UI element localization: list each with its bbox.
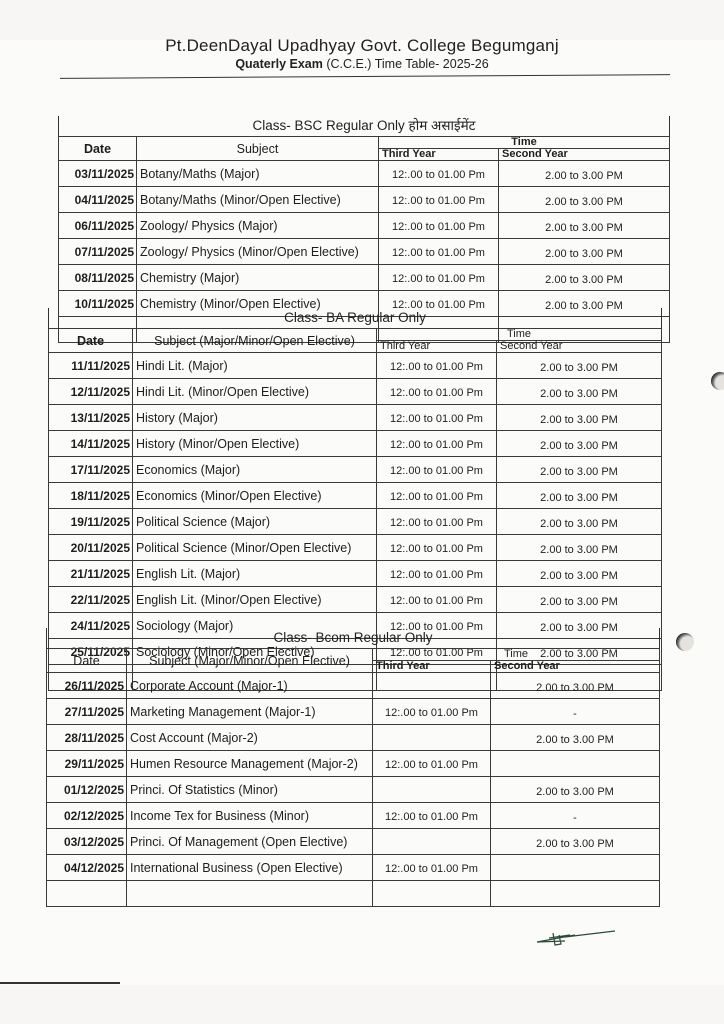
punch-hole-top: [711, 372, 724, 390]
row-date: 19/11/2025: [49, 509, 133, 535]
row-subject: English Lit. (Minor/Open Elective): [133, 587, 377, 613]
row-subject: Botany/Maths (Minor/Open Elective): [137, 187, 379, 213]
bsc-col-time: Time: [379, 137, 670, 149]
row-subject: History (Major): [133, 405, 377, 431]
table-row: 08/11/2025Chemistry (Major)12:.00 to 01.…: [59, 265, 670, 291]
row-second-year-time: 2.00 to 3.00 PM: [491, 725, 660, 751]
table-row: 17/11/2025Economics (Major)12:.00 to 01.…: [49, 457, 662, 483]
row-date: 04/12/2025: [47, 855, 127, 881]
row-date: 07/11/2025: [59, 239, 137, 265]
bcom-class-title: Class- Bcom Regular Only: [46, 628, 660, 648]
row-third-year-time: 12:.00 to 01.00 Pm: [379, 239, 499, 265]
row-third-year-time: 12:.00 to 01.00 Pm: [379, 213, 499, 239]
table-row: 22/11/2025English Lit. (Minor/Open Elect…: [49, 587, 662, 613]
row-third-year-time: 12:.00 to 01.00 Pm: [377, 483, 497, 509]
row-third-year-time: [373, 777, 491, 803]
row-third-year-time: 12:.00 to 01.00 Pm: [379, 161, 499, 187]
row-date: 18/11/2025: [49, 483, 133, 509]
table-row: 14/11/2025History (Minor/Open Elective)1…: [49, 431, 662, 457]
row-subject: Hindi Lit. (Minor/Open Elective): [133, 379, 377, 405]
ba-class-title: Class- BA Regular Only: [48, 308, 662, 328]
row-third-year-time: 12:.00 to 01.00 Pm: [377, 561, 497, 587]
signature-mark: [535, 925, 615, 955]
row-third-year-time: 12:.00 to 01.00 Pm: [377, 379, 497, 405]
row-subject: Zoology/ Physics (Minor/Open Elective): [137, 239, 379, 265]
table-row: 02/12/2025Income Tex for Business (Minor…: [47, 803, 660, 829]
row-date: 06/11/2025: [59, 213, 137, 239]
table-row: 06/11/2025Zoology/ Physics (Major)12:.00…: [59, 213, 670, 239]
row-third-year-time: 12:.00 to 01.00 Pm: [379, 265, 499, 291]
row-third-year-time: [373, 829, 491, 855]
exam-title: Quaterly Exam (C.C.E.) Time Table- 2025-…: [0, 57, 724, 71]
bsc-col-subject: Subject: [137, 137, 379, 161]
table-row: [47, 881, 660, 907]
row-subject: Zoology/ Physics (Major): [137, 213, 379, 239]
bsc-col-second-year: Second Year: [499, 149, 670, 161]
table-row: 13/11/2025History (Major)12:.00 to 01.00…: [49, 405, 662, 431]
row-subject: Corporate Account (Major-1): [127, 673, 373, 699]
row-subject: English Lit. (Major): [133, 561, 377, 587]
row-second-year-time: 2.00 to 3.00 PM: [497, 509, 662, 535]
bcom-col-third-year: Third Year: [373, 661, 491, 673]
row-subject: [127, 881, 373, 907]
table-row: 04/12/2025International Business (Open E…: [47, 855, 660, 881]
row-second-year-time: 2.00 to 3.00 PM: [497, 587, 662, 613]
table-row: 19/11/2025Political Science (Major)12:.0…: [49, 509, 662, 535]
table-row: 26/11/2025Corporate Account (Major-1)2.0…: [47, 673, 660, 699]
bsc-col-date: Date: [59, 137, 137, 161]
ba-col-date: Date: [49, 329, 133, 353]
row-subject: Political Science (Minor/Open Elective): [133, 535, 377, 561]
row-third-year-time: [373, 881, 491, 907]
punch-hole-bottom: [676, 633, 694, 651]
row-subject: Princi. Of Statistics (Minor): [127, 777, 373, 803]
row-second-year-time: 2.00 to 3.00 PM: [499, 239, 670, 265]
ba-col-third-year: Third Year: [377, 341, 497, 353]
bsc-col-third-year: Third Year: [379, 149, 499, 161]
row-second-year-time: 2.00 to 3.00 PM: [499, 187, 670, 213]
table-row: 04/11/2025Botany/Maths (Minor/Open Elect…: [59, 187, 670, 213]
row-third-year-time: 12:.00 to 01.00 Pm: [377, 353, 497, 379]
row-third-year-time: 12:.00 to 01.00 Pm: [373, 803, 491, 829]
row-third-year-time: 12:.00 to 01.00 Pm: [373, 855, 491, 881]
table-row: 03/11/2025Botany/Maths (Major)12:.00 to …: [59, 161, 670, 187]
row-third-year-time: [373, 725, 491, 751]
table-row: 27/11/2025Marketing Management (Major-1)…: [47, 699, 660, 725]
row-date: 12/11/2025: [49, 379, 133, 405]
row-date: 27/11/2025: [47, 699, 127, 725]
row-second-year-time: 2.00 to 3.00 PM: [497, 457, 662, 483]
bcom-section: Class- Bcom Regular Only Date Subject (M…: [46, 628, 660, 907]
row-date: 08/11/2025: [59, 265, 137, 291]
row-second-year-time: 2.00 to 3.00 PM: [499, 161, 670, 187]
row-second-year-time: 2.00 to 3.00 PM: [497, 379, 662, 405]
row-third-year-time: [373, 673, 491, 699]
row-date: 26/11/2025: [47, 673, 127, 699]
row-subject: International Business (Open Elective): [127, 855, 373, 881]
table-row: 21/11/2025English Lit. (Major)12:.00 to …: [49, 561, 662, 587]
bcom-col-date: Date: [47, 649, 127, 673]
bcom-col-second-year: Second Year: [491, 661, 660, 673]
row-third-year-time: 12:.00 to 01.00 Pm: [379, 187, 499, 213]
ba-col-time: Time: [377, 329, 662, 341]
row-third-year-time: 12:.00 to 01.00 Pm: [377, 535, 497, 561]
bcom-timetable: Date Subject (Major/Minor/Open Elective)…: [46, 648, 660, 907]
row-second-year-time: 2.00 to 3.00 PM: [497, 483, 662, 509]
row-second-year-time: 2.00 to 3.00 PM: [499, 265, 670, 291]
row-third-year-time: 12:.00 to 01.00 Pm: [377, 509, 497, 535]
row-third-year-time: 12:.00 to 01.00 Pm: [377, 431, 497, 457]
row-date: 22/11/2025: [49, 587, 133, 613]
bcom-col-subject: Subject (Major/Minor/Open Elective): [127, 649, 373, 673]
row-date: 11/11/2025: [49, 353, 133, 379]
row-third-year-time: 12:.00 to 01.00 Pm: [373, 699, 491, 725]
row-subject: Botany/Maths (Major): [137, 161, 379, 187]
table-row: 28/11/2025Cost Account (Major-2)2.00 to …: [47, 725, 660, 751]
table-row: 07/11/2025Zoology/ Physics (Minor/Open E…: [59, 239, 670, 265]
row-second-year-time: [491, 855, 660, 881]
row-subject: Cost Account (Major-2): [127, 725, 373, 751]
row-date: 14/11/2025: [49, 431, 133, 457]
row-second-year-time: 2.00 to 3.00 PM: [497, 561, 662, 587]
table-row: 18/11/2025Economics (Minor/Open Elective…: [49, 483, 662, 509]
row-second-year-time: 2.00 to 3.00 PM: [497, 405, 662, 431]
row-date: 28/11/2025: [47, 725, 127, 751]
row-date: [47, 881, 127, 907]
row-second-year-time: -: [491, 803, 660, 829]
row-second-year-time: 2.00 to 3.00 PM: [491, 673, 660, 699]
row-date: 21/11/2025: [49, 561, 133, 587]
college-name: Pt.DeenDayal Upadhyay Govt. College Begu…: [0, 36, 724, 56]
row-second-year-time: [491, 751, 660, 777]
row-subject: Income Tex for Business (Minor): [127, 803, 373, 829]
row-date: 03/12/2025: [47, 829, 127, 855]
ba-col-second-year: Second Year: [497, 341, 662, 353]
row-date: 04/11/2025: [59, 187, 137, 213]
row-date: 01/12/2025: [47, 777, 127, 803]
table-row: 03/12/2025Princi. Of Management (Open El…: [47, 829, 660, 855]
bsc-class-title: Class- BSC Regular Only होम असाईमेंट: [58, 116, 670, 136]
exam-title-bold: Quaterly Exam: [235, 57, 323, 71]
table-row: 20/11/2025Political Science (Minor/Open …: [49, 535, 662, 561]
row-date: 17/11/2025: [49, 457, 133, 483]
row-second-year-time: 2.00 to 3.00 PM: [497, 431, 662, 457]
row-third-year-time: 12:.00 to 01.00 Pm: [377, 457, 497, 483]
table-row: 11/11/2025Hindi Lit. (Major)12:.00 to 01…: [49, 353, 662, 379]
table-row: 12/11/2025Hindi Lit. (Minor/Open Electiv…: [49, 379, 662, 405]
row-subject: History (Minor/Open Elective): [133, 431, 377, 457]
row-subject: Economics (Major): [133, 457, 377, 483]
table-row: 01/12/2025Princi. Of Statistics (Minor)2…: [47, 777, 660, 803]
row-third-year-time: 12:.00 to 01.00 Pm: [377, 587, 497, 613]
row-second-year-time: 2.00 to 3.00 PM: [499, 213, 670, 239]
row-date: 29/11/2025: [47, 751, 127, 777]
row-second-year-time: [491, 881, 660, 907]
bcom-col-time: Time: [373, 649, 660, 661]
row-second-year-time: 2.00 to 3.00 PM: [497, 535, 662, 561]
row-third-year-time: 12:.00 to 01.00 Pm: [373, 751, 491, 777]
row-subject: Chemistry (Major): [137, 265, 379, 291]
row-date: 13/11/2025: [49, 405, 133, 431]
row-subject: Humen Resource Management (Major-2): [127, 751, 373, 777]
row-date: 03/11/2025: [59, 161, 137, 187]
row-second-year-time: 2.00 to 3.00 PM: [497, 353, 662, 379]
row-subject: Marketing Management (Major-1): [127, 699, 373, 725]
table-row: 29/11/2025Humen Resource Management (Maj…: [47, 751, 660, 777]
page-edge-line: [0, 982, 120, 984]
row-date: 02/12/2025: [47, 803, 127, 829]
row-second-year-time: 2.00 to 3.00 PM: [491, 777, 660, 803]
row-date: 20/11/2025: [49, 535, 133, 561]
row-third-year-time: 12:.00 to 01.00 Pm: [377, 405, 497, 431]
row-subject: Hindi Lit. (Major): [133, 353, 377, 379]
row-subject: Political Science (Major): [133, 509, 377, 535]
exam-title-rest: (C.C.E.) Time Table- 2025-26: [323, 57, 489, 71]
row-subject: Princi. Of Management (Open Elective): [127, 829, 373, 855]
row-second-year-time: 2.00 to 3.00 PM: [491, 829, 660, 855]
row-second-year-time: -: [491, 699, 660, 725]
row-subject: Economics (Minor/Open Elective): [133, 483, 377, 509]
ba-col-subject: Subject (Major/Minor/Open Elective): [133, 329, 377, 353]
